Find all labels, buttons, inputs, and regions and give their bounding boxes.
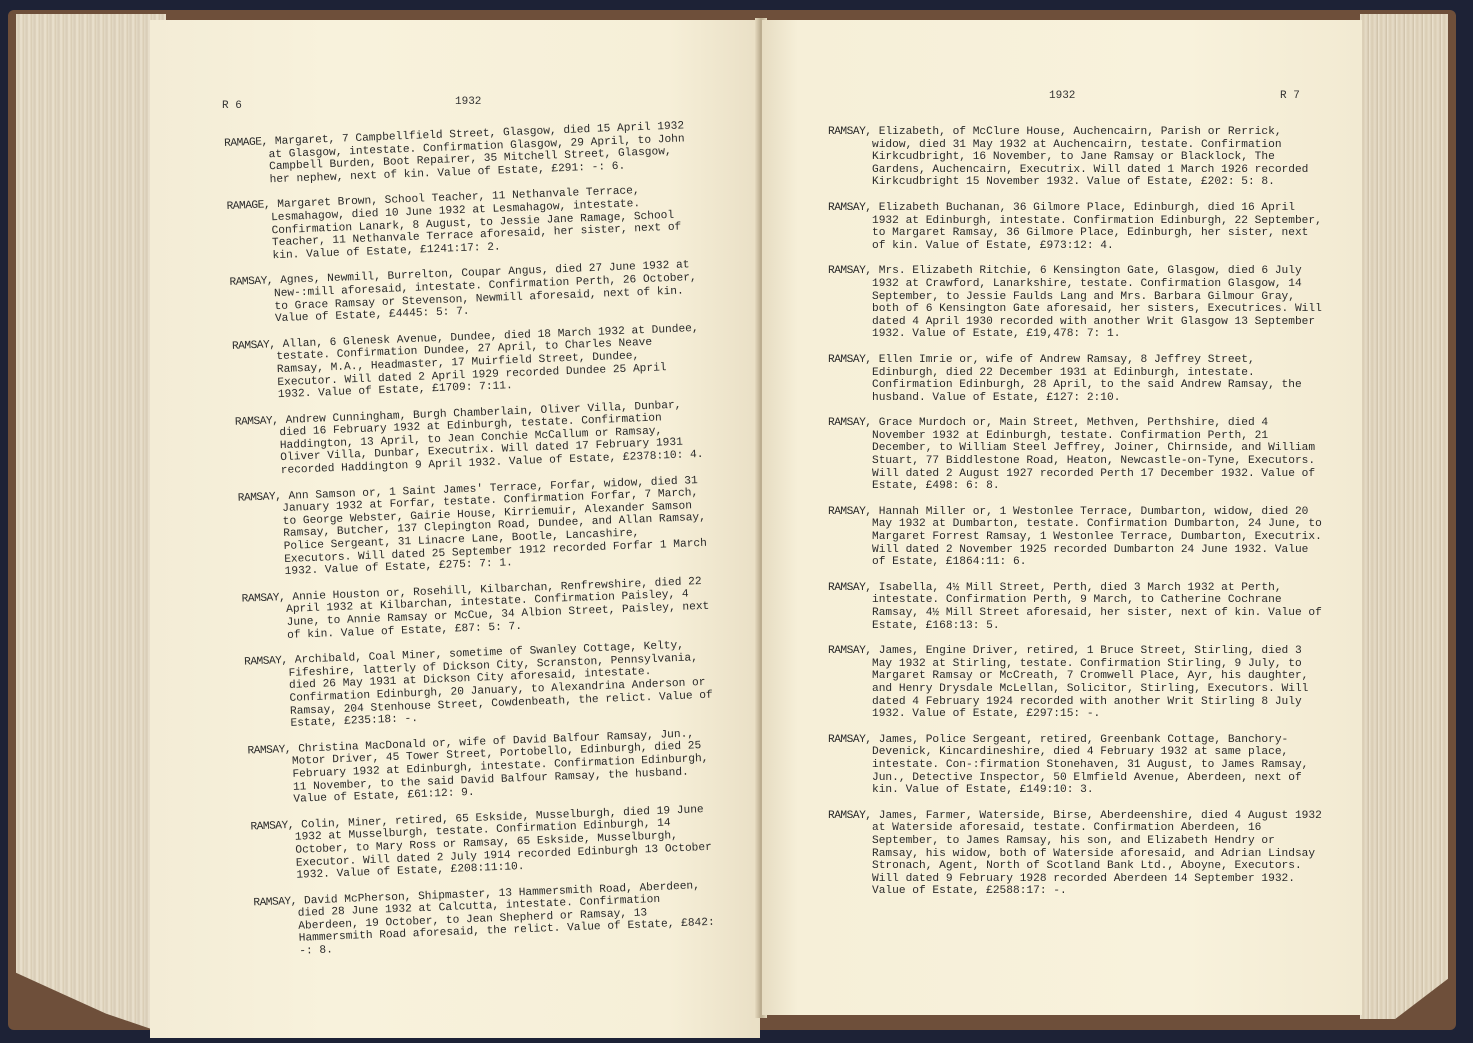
entry-text: , Colin, Miner, retired, 65 Eskside, Mus… <box>288 804 713 882</box>
entry-text: , Elizabeth, of McClure House, Auchencai… <box>865 126 1308 188</box>
entry-text: , Archibald, Coal Miner, sometime of Swa… <box>281 640 713 730</box>
entry: RAMSAY, Elizabeth Buchanan, 36 Gilmore P… <box>828 202 1328 252</box>
entry-text: , David McPherson, Shipmaster, 13 Hammer… <box>290 880 715 958</box>
entry-text: , Andrew Cunningham, Burgh Chamberlain, … <box>272 399 704 477</box>
entry-text: , Ann Samson or, 1 Saint James' Terrace,… <box>275 475 707 578</box>
entry-surname: RAMAGE <box>224 137 262 150</box>
page-edges-left <box>16 14 166 1034</box>
entry-surname: RAMSAY <box>247 744 285 757</box>
entry-surname: RAMSAY <box>828 734 865 746</box>
entry-text: , James, Farmer, Waterside, Birse, Aberd… <box>865 810 1322 898</box>
entry: RAMAGE, Margaret, 7 Campbellfield Street… <box>224 120 696 188</box>
entry: RAMSAY, James, Engine Driver, retired, 1… <box>828 645 1328 721</box>
entry-surname: RAMSAY <box>253 896 291 909</box>
entry-text: , Mrs. Elizabeth Ritchie, 6 Kensington G… <box>865 265 1322 340</box>
entry-surname: RAMAGE <box>226 200 264 213</box>
entry-text: , Hannah Miller or, 1 Westonlee Terrace,… <box>865 506 1322 568</box>
entry: RAMSAY, Agnes, Newmill, Burrelton, Coupa… <box>229 259 701 327</box>
page-edges-right <box>1360 14 1448 1019</box>
left-page: R 6 1932 RAMAGE, Margaret, 7 Campbellfie… <box>150 20 760 1038</box>
entry-surname: RAMSAY <box>828 810 865 822</box>
entry: RAMSAY, Hannah Miller or, 1 Westonlee Te… <box>828 506 1328 569</box>
entry-surname: RAMSAY <box>238 491 276 504</box>
entry: RAMSAY, James, Farmer, Waterside, Birse,… <box>828 810 1328 898</box>
page-label: R 7 <box>1280 90 1300 102</box>
entry-surname: RAMSAY <box>229 276 267 289</box>
entry-text: , Allan, 6 Glenesk Avenue, Dundee, died … <box>269 323 699 402</box>
entry-surname: RAMSAY <box>241 592 279 605</box>
entry-text: , Elizabeth Buchanan, 36 Gilmore Place, … <box>865 202 1322 252</box>
entry: RAMAGE, Margaret Brown, School Teacher, … <box>226 183 698 264</box>
entry-surname: RAMSAY <box>828 506 865 518</box>
entry-text: , Grace Murdoch or, Main Street, Methven… <box>865 417 1315 492</box>
entry: RAMSAY, Grace Murdoch or, Main Street, M… <box>828 417 1328 493</box>
entry-surname: RAMSAY <box>828 126 865 138</box>
entry: RAMSAY, Isabella, 4½ Mill Street, Perth,… <box>828 582 1328 632</box>
entry-surname: RAMSAY <box>828 645 865 657</box>
entry-surname: RAMSAY <box>244 655 282 668</box>
entry: RAMSAY, Christina MacDonald or, wife of … <box>247 727 719 808</box>
entry: RAMSAY, Annie Houston or, Rosehill, Kilb… <box>241 575 713 643</box>
entry-text: , James, Police Sergeant, retired, Green… <box>865 734 1308 796</box>
entry-text: , Agnes, Newmill, Burrelton, Coupar Angu… <box>267 260 697 326</box>
entry-surname: RAMSAY <box>235 415 273 428</box>
entry-surname: RAMSAY <box>250 820 288 833</box>
entry-surname: RAMSAY <box>828 417 865 429</box>
entries-list: RAMAGE, Margaret, 7 Campbellfield Street… <box>224 120 726 973</box>
entry-text: , James, Engine Driver, retired, 1 Bruce… <box>865 645 1308 720</box>
entry-text: , Isabella, 4½ Mill Street, Perth, died … <box>865 582 1322 632</box>
entry: RAMSAY, Archibald, Coal Miner, sometime … <box>244 639 717 733</box>
running-head-year: 1932 <box>455 96 481 108</box>
entry: RAMSAY, Ann Samson or, 1 Saint James' Te… <box>238 474 711 580</box>
right-page: 1932 R 7 RAMSAY, Elizabeth, of McClure H… <box>762 20 1362 1015</box>
entry-text: , Christina MacDonald or, wife of David … <box>285 728 709 806</box>
entry-text: , Margaret Brown, School Teacher, 11 Net… <box>264 185 682 262</box>
entry: RAMSAY, Colin, Miner, retired, 65 Esksid… <box>250 803 722 884</box>
entry-surname: RAMSAY <box>828 265 865 277</box>
entry: RAMSAY, Andrew Cunningham, Burgh Chamber… <box>235 398 707 479</box>
entry-surname: RAMSAY <box>828 582 865 594</box>
entry: RAMSAY, Elizabeth, of McClure House, Auc… <box>828 126 1328 189</box>
entry: RAMSAY, Mrs. Elizabeth Ritchie, 6 Kensin… <box>828 265 1328 341</box>
entry-text: , Annie Houston or, Rosehill, Kilbarchan… <box>279 576 710 642</box>
entry-text: , Margaret, 7 Campbellfield Street, Glas… <box>261 120 685 186</box>
entry-text: , Ellen Imrie or, wife of Andrew Ramsay,… <box>865 354 1301 404</box>
entry-surname: RAMSAY <box>232 339 270 352</box>
running-head-year: 1932 <box>1049 90 1075 102</box>
entry-surname: RAMSAY <box>828 202 865 214</box>
entry: RAMSAY, David McPherson, Shipmaster, 13 … <box>253 879 725 960</box>
entry-surname: RAMSAY <box>828 354 865 366</box>
entry: RAMSAY, Allan, 6 Glenesk Avenue, Dundee,… <box>232 323 704 404</box>
page-label: R 6 <box>222 100 242 112</box>
entries-list: RAMSAY, Elizabeth, of McClure House, Auc… <box>828 126 1328 911</box>
entry: RAMSAY, James, Police Sergeant, retired,… <box>828 734 1328 797</box>
entry: RAMSAY, Ellen Imrie or, wife of Andrew R… <box>828 354 1328 404</box>
